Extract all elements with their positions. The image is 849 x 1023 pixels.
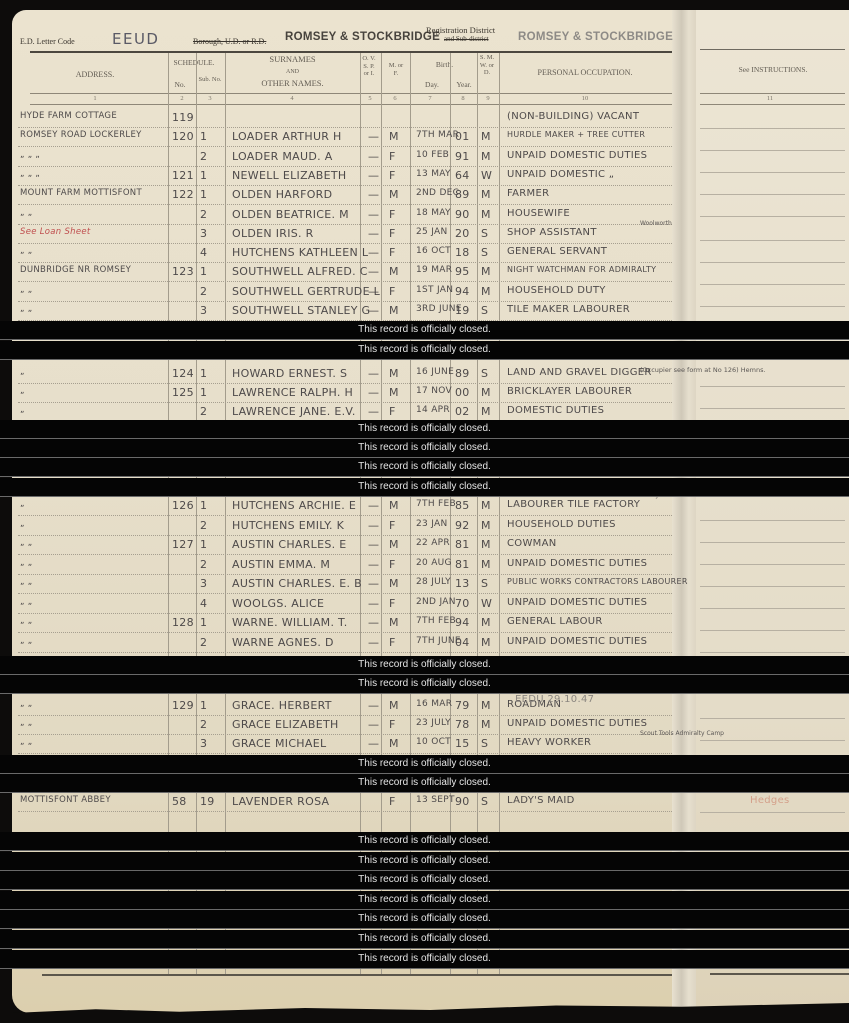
cell-sex: M	[389, 499, 399, 512]
cell-ovspi: —	[368, 405, 379, 418]
header-rule	[30, 51, 672, 53]
right-page-rule	[700, 812, 845, 813]
cell-occupation: Farmer	[507, 188, 549, 199]
cell-ovspi: —	[368, 227, 379, 240]
closed-record-band: This record is officially closed.	[0, 675, 849, 694]
cell-sub: 2	[200, 718, 207, 731]
cell-year: 90	[455, 208, 470, 221]
column-number: 9	[480, 95, 496, 102]
col-surnames-and: AND	[230, 68, 355, 77]
cell-occupation: Tile Maker Labourer	[507, 304, 630, 315]
cell-sex: F	[389, 169, 396, 182]
cell-day: 22 Apr	[416, 538, 450, 548]
table-row: Dunbridge Nr Romsey1231Southwell Alfred.…	[0, 263, 672, 283]
cell-ovspi: —	[368, 519, 379, 532]
cell-ovspi: —	[368, 538, 379, 551]
cell-schedule: 128	[172, 616, 194, 629]
cell-year: 95	[455, 265, 470, 278]
cell-schedule: 121	[172, 169, 194, 182]
closed-record-band: This record is officially closed.	[0, 891, 849, 910]
column-number: 8	[455, 95, 471, 102]
cell-ovspi: —	[368, 558, 379, 571]
cell-address: Mount Farm Mottisfont	[20, 188, 142, 198]
cell-address: „ „	[20, 616, 32, 626]
cell-sub: 2	[200, 558, 207, 571]
table-row: See Loan Sheet3Olden Iris. R—F25 Jan20SS…	[0, 225, 672, 245]
cell-sub: 4	[200, 246, 207, 259]
col-ovspi: O. V. S. P. or I.	[362, 55, 376, 78]
cell-sub: 2	[200, 519, 207, 532]
cell-address: „ „	[20, 246, 32, 256]
right-page-rule	[700, 652, 845, 653]
cell-sex: F	[389, 405, 396, 418]
cell-sex: M	[389, 386, 399, 399]
right-page-rule	[700, 386, 845, 387]
right-page-rule	[700, 718, 845, 719]
cell-ovspi: —	[368, 246, 379, 259]
table-row: „1241Howard Ernest. S—M16 June89SLand an…	[0, 365, 672, 385]
cell-sex: F	[389, 208, 396, 221]
cell-day: 23 July	[416, 718, 451, 728]
cell-occupation: General Servant	[507, 246, 607, 257]
column-number: 11	[762, 95, 778, 102]
cell-name: Southwell Stanley G	[232, 304, 370, 317]
cell-day: 23 Jan	[416, 519, 448, 529]
subdistrict-label: and Sub-district	[444, 35, 489, 43]
cell-occupation: Domestic Duties	[507, 405, 604, 416]
cell-address: „ „	[20, 304, 32, 314]
cell-occupation: Public Works Contractors Labourer	[507, 577, 688, 586]
closed-record-band: This record is officially closed.	[0, 321, 849, 340]
registration-district-stamp: ROMSEY & STOCKBRIDGE	[518, 31, 673, 43]
cell-status: M	[481, 636, 491, 649]
right-page-rule	[700, 194, 845, 195]
cell-address: Hyde Farm Cottage	[20, 111, 117, 121]
table-end-rule	[42, 974, 672, 976]
cell-year: 00	[455, 386, 470, 399]
cell-address: „	[20, 519, 25, 529]
cell-name: Southwell Alfred. C	[232, 265, 368, 278]
cell-address: „	[20, 386, 25, 396]
cell-address: „ „	[20, 737, 32, 747]
cell-year: 90	[455, 795, 470, 808]
cell-note: Scout Tools Admiralty Camp	[640, 730, 724, 737]
cell-ovspi: —	[368, 636, 379, 649]
cell-schedule: 125	[172, 386, 194, 399]
cell-name: Lavender Rosa	[232, 795, 329, 808]
cell-address: „ „	[20, 699, 32, 709]
header-bottom-rule	[30, 93, 672, 94]
cell-year: 70	[455, 597, 470, 610]
cell-sub: 1	[200, 130, 207, 143]
table-row: „ „2Olden Beatrice. M—F18 May90MHousewif…	[0, 206, 672, 226]
cell-year: 92	[455, 519, 470, 532]
cell-name: Howard Ernest. S	[232, 367, 347, 380]
cell-address: „ „ „	[20, 169, 40, 179]
column-number: 6	[387, 95, 403, 102]
cell-address: „ „	[20, 636, 32, 646]
cell-occupation: Unpaid Domestic Duties	[507, 718, 647, 729]
cell-year: 01	[455, 130, 470, 143]
cell-year: 79	[455, 699, 470, 712]
right-page-rule	[700, 172, 845, 173]
cell-schedule: 58	[172, 795, 187, 808]
cell-sub: 2	[200, 636, 207, 649]
cell-day: 7th Feb	[416, 499, 456, 509]
closed-record-band: This record is officially closed.	[0, 930, 849, 949]
cell-occupation: Labourer Tile Factory	[507, 499, 640, 510]
cell-year: 81	[455, 538, 470, 551]
cell-year: 78	[455, 718, 470, 731]
cell-occupation: Land and Gravel Digger	[507, 367, 652, 378]
cell-sex: M	[389, 188, 399, 201]
cell-occupation: Night Watchman for Admiralty	[507, 265, 656, 274]
cell-name: Lawrence Jane. E.V.	[232, 405, 356, 418]
cell-day: 16 June	[416, 367, 454, 377]
right-header-rule	[700, 49, 845, 50]
table-row: Hyde Farm Cottage119(Non-building) Vacan…	[0, 109, 672, 129]
table-row: „ „3Austin Charles. E. B—M28 July13SPubl…	[0, 575, 672, 595]
cell-status: M	[481, 208, 491, 221]
closed-record-band: This record is officially closed.	[0, 439, 849, 458]
cell-sex: M	[389, 577, 399, 590]
cell-name: Warne Agnes. D	[232, 636, 334, 649]
col-schedule-no: No.	[166, 80, 194, 89]
table-row: „ „2Warne Agnes. D—F7th June04MUnpaid Do…	[0, 634, 672, 654]
cell-year: 81	[455, 558, 470, 571]
right-page-rule	[700, 520, 845, 521]
table-row: „ „3Grace Michael—M10 Oct15SHeavy Worker…	[0, 735, 672, 755]
cell-status: S	[481, 737, 488, 750]
cell-day: 28 July	[416, 577, 451, 587]
cell-sub: 1	[200, 699, 207, 712]
cell-ovspi: —	[368, 699, 379, 712]
column-number: 2	[174, 95, 190, 102]
table-row: Mottisfont Abbey5819Lavender RosaF13 Sep…	[0, 793, 672, 813]
cell-schedule: 126	[172, 499, 194, 512]
cell-ovspi: —	[368, 169, 379, 182]
cell-occupation: Household Duties	[507, 519, 616, 530]
col-birth: Birth.	[412, 60, 477, 69]
right-page-rule	[700, 564, 845, 565]
cell-ovspi: —	[368, 150, 379, 163]
right-page-rule	[700, 128, 845, 129]
cell-name: Hutchens Emily. K	[232, 519, 344, 532]
cell-day: 2nd Dec	[416, 188, 459, 198]
right-page-rule	[700, 306, 845, 307]
closed-record-band: This record is officially closed.	[0, 478, 849, 497]
cell-name: Grace Michael	[232, 737, 326, 750]
row-rule	[18, 811, 672, 812]
ed-letter-code-value: EEUD	[112, 30, 159, 48]
cell-occupation: Unpaid Domestic Duties	[507, 150, 647, 161]
cell-ovspi: —	[368, 265, 379, 278]
cell-sex: F	[389, 519, 396, 532]
cell-status: S	[481, 367, 488, 380]
cell-day: 7th Mar	[416, 130, 459, 140]
cell-day: 7th Feb	[416, 616, 456, 626]
cell-ovspi: —	[368, 130, 379, 143]
cell-sub: 1	[200, 169, 207, 182]
cell-sex: M	[389, 304, 399, 317]
cell-sub: 19	[200, 795, 215, 808]
cell-year: 91	[455, 150, 470, 163]
cell-occupation: Bricklayer Labourer	[507, 386, 632, 397]
cell-ovspi: —	[368, 577, 379, 590]
table-row: „ „3Southwell Stanley G—M3rd June19STile…	[0, 302, 672, 322]
cell-name: Southwell Gertrude L	[232, 285, 380, 298]
right-page-rule	[700, 608, 845, 609]
cell-status: M	[481, 519, 491, 532]
closed-record-band: This record is officially closed.	[0, 755, 849, 774]
cell-status: M	[481, 699, 491, 712]
col-schedule-sub: Sub. No.	[198, 76, 222, 83]
cell-name: Warne. William. T.	[232, 616, 348, 629]
cell-sub: 1	[200, 188, 207, 201]
cell-occupation: Housewife	[507, 208, 570, 219]
col-marital: S. M. W. or D.	[478, 54, 496, 77]
cell-sex: F	[389, 636, 396, 649]
row-rule	[18, 652, 672, 653]
cell-name: Newell Elizabeth	[232, 169, 346, 182]
cell-address: Dunbridge Nr Romsey	[20, 265, 131, 275]
cell-ovspi: —	[368, 208, 379, 221]
cell-address: „ „	[20, 285, 32, 295]
cell-sex: F	[389, 227, 396, 240]
cell-note: (Occupier see form at No 126) Hemns.	[640, 366, 766, 374]
col-instructions: See INSTRUCTIONS.	[708, 65, 838, 74]
cell-sub: 1	[200, 367, 207, 380]
cell-address: Mottisfont Abbey	[20, 795, 111, 805]
cell-sub: 2	[200, 405, 207, 418]
cell-sex: F	[389, 597, 396, 610]
cell-schedule: 127	[172, 538, 194, 551]
cell-day: 14 Apr	[416, 405, 450, 415]
row-rule	[18, 753, 672, 754]
cell-name: Woolgs. Alice	[232, 597, 324, 610]
cell-status: M	[481, 558, 491, 571]
col-other-names: OTHER NAMES.	[230, 79, 355, 88]
cell-sex: M	[389, 699, 399, 712]
col-schedule: SCHEDULE.	[166, 58, 222, 67]
right-page-rule	[700, 150, 845, 151]
right-colnum-rule	[700, 104, 845, 105]
cell-status: W	[481, 169, 492, 182]
col-occupation: PERSONAL OCCUPATION.	[505, 68, 665, 77]
closed-record-band: This record is officially closed.	[0, 832, 849, 851]
cell-occupation: Household Duty	[507, 285, 606, 296]
table-row: „ „ „1211Newell Elizabeth—F13 May64WUnpa…	[0, 167, 672, 187]
table-row: „2Hutchens Emily. K—F23 Jan92MHousehold …	[0, 517, 672, 537]
cell-note: Woolworth	[640, 220, 672, 227]
cell-occupation: Unpaid Domestic Duties	[507, 597, 647, 608]
cell-status: M	[481, 616, 491, 629]
closed-record-band: This record is officially closed.	[0, 656, 849, 675]
cell-occupation: Hurdle Maker + Tree Cutter	[507, 130, 645, 139]
cell-year: 02	[455, 405, 470, 418]
cell-occupation: Heavy Worker	[507, 737, 591, 748]
cell-year: 85	[455, 499, 470, 512]
cell-sub: 4	[200, 597, 207, 610]
cell-ovspi: —	[368, 597, 379, 610]
column-number: 10	[577, 95, 593, 102]
cell-sub: 3	[200, 304, 207, 317]
cell-day: 13 May	[416, 169, 451, 179]
cell-schedule: 129	[172, 699, 194, 712]
registration-district-label: Registration District	[426, 25, 495, 35]
cell-name: Lawrence Ralph. H	[232, 386, 353, 399]
table-row: „1261Hutchens Archie. E—M7th Feb85MLabou…	[0, 497, 672, 517]
cell-address: „	[20, 367, 25, 377]
cell-address: „	[20, 405, 25, 415]
cell-status: M	[481, 386, 491, 399]
cell-sex: M	[389, 616, 399, 629]
closed-record-band: This record is officially closed.	[0, 774, 849, 793]
column-number: 4	[284, 95, 300, 102]
cell-name: Austin Charles. E. B	[232, 577, 362, 590]
cell-year: 18	[455, 246, 470, 259]
cell-address: „ „ „	[20, 150, 40, 160]
table-row: „ „4Woolgs. Alice—F2nd Jan70WUnpaid Dome…	[0, 595, 672, 615]
colnum-rule	[30, 104, 672, 105]
right-page-rule	[700, 740, 845, 741]
cell-address: „ „	[20, 208, 32, 218]
cell-sub: 2	[200, 285, 207, 298]
cell-name: Austin Emma. M	[232, 558, 330, 571]
cell-name: Grace. Herbert	[232, 699, 332, 712]
cell-sex: F	[389, 795, 396, 808]
table-row: Mount Farm Mottisfont1221Olden Harford—M…	[0, 186, 672, 206]
cell-occupation: Cowman	[507, 538, 557, 549]
closed-record-band: This record is officially closed.	[0, 871, 849, 890]
cell-name: Hutchens Kathleen L	[232, 246, 368, 259]
cell-year: 94	[455, 616, 470, 629]
cell-status: M	[481, 150, 491, 163]
cell-ovspi: —	[368, 616, 379, 629]
cell-sex: F	[389, 718, 396, 731]
cell-day: 19 Mar	[416, 265, 452, 275]
cell-ovspi: —	[368, 188, 379, 201]
cell-status: M	[481, 499, 491, 512]
cell-year: 64	[455, 169, 470, 182]
right-page-rule	[700, 586, 845, 587]
cell-status: M	[481, 130, 491, 143]
cell-sex: F	[389, 558, 396, 571]
stamp-annotation: EEDU 29.10.47	[515, 694, 594, 705]
cell-schedule: 120	[172, 130, 194, 143]
closed-record-band: This record is officially closed.	[0, 458, 849, 477]
cell-ovspi: —	[368, 304, 379, 317]
right-page-rule	[700, 216, 845, 217]
cell-status: M	[481, 405, 491, 418]
col-birth-day: Day.	[412, 80, 452, 89]
cell-status: S	[481, 227, 488, 240]
cell-status: M	[481, 285, 491, 298]
cell-sex: M	[389, 538, 399, 551]
closed-record-band: This record is officially closed.	[0, 341, 849, 360]
cell-sex: M	[389, 737, 399, 750]
cell-address: „	[20, 499, 25, 509]
right-page-rule	[700, 630, 845, 631]
cell-sub: 1	[200, 265, 207, 278]
col-birth-year: Year.	[452, 80, 476, 89]
cell-day: 10 Oct	[416, 737, 451, 747]
closed-record-band: This record is officially closed.	[0, 910, 849, 929]
cell-sub: 1	[200, 499, 207, 512]
table-row: „ „2Austin Emma. M—F20 Aug81MUnpaid Dome…	[0, 556, 672, 576]
cell-sub: 1	[200, 386, 207, 399]
cell-day: 16 Oct	[416, 246, 451, 256]
cell-sub: 1	[200, 538, 207, 551]
cell-schedule: 119	[172, 111, 194, 124]
cell-day: 17 Nov	[416, 386, 452, 396]
cell-ovspi: —	[368, 285, 379, 298]
cell-day: 10 Feb	[416, 150, 449, 160]
cell-address: „ „	[20, 577, 32, 587]
cell-status: M	[481, 188, 491, 201]
closed-record-band: This record is officially closed.	[0, 420, 849, 439]
cell-year: 15	[455, 737, 470, 750]
cell-occupation: Unpaid Domestic „	[507, 169, 614, 180]
cell-day: 18 May	[416, 208, 451, 218]
cell-name: Olden Iris. R	[232, 227, 314, 240]
table-row: „ „4Hutchens Kathleen L—F16 Oct18SGenera…	[0, 244, 672, 264]
cell-status: S	[481, 795, 488, 808]
cell-sex: M	[389, 130, 399, 143]
table-row: „ „ „2Loader Maud. A—F10 Feb91MUnpaid Do…	[0, 148, 672, 168]
table-row: „ „2Grace Elizabeth—F23 July78MUnpaid Do…	[0, 716, 672, 736]
column-number: 5	[362, 95, 378, 102]
cell-sex: F	[389, 150, 396, 163]
column-number: 3	[202, 95, 218, 102]
cell-sub: 2	[200, 208, 207, 221]
cell-address: „ „	[20, 538, 32, 548]
cell-sub: 2	[200, 150, 207, 163]
cell-name: Grace Elizabeth	[232, 718, 339, 731]
cell-schedule: 123	[172, 265, 194, 278]
cell-ovspi: —	[368, 499, 379, 512]
table-row: „ „1281Warne. William. T.—M7th Feb94MGen…	[0, 614, 672, 634]
cell-status: M	[481, 538, 491, 551]
table-row: „ „2Southwell Gertrude L—F1st Jan94MHous…	[0, 283, 672, 303]
cell-name: Olden Beatrice. M	[232, 208, 349, 221]
cell-year: 94	[455, 285, 470, 298]
cell-status: S	[481, 246, 488, 259]
cell-day: 25 Jan	[416, 227, 448, 237]
cell-day: 1st Jan	[416, 285, 453, 295]
cell-year: 20	[455, 227, 470, 240]
borough-label: Borough, U.D. or R.D.	[193, 37, 266, 46]
cell-name: Loader Maud. A	[232, 150, 333, 163]
cell-address: Romsey Road Lockerley	[20, 130, 142, 140]
cell-name: Austin Charles. E	[232, 538, 346, 551]
cell-occupation: Lady's Maid	[507, 795, 575, 806]
closed-record-band: This record is officially closed.	[0, 950, 849, 969]
cell-status: M	[481, 718, 491, 731]
cell-year: 19	[455, 304, 470, 317]
col-sex: M. or F.	[386, 62, 406, 77]
cell-status: S	[481, 577, 488, 590]
right-page-rule	[700, 262, 845, 263]
borough-stamp: ROMSEY & STOCKBRIDGE	[285, 31, 440, 43]
cell-sub: 1	[200, 616, 207, 629]
cell-status: S	[481, 304, 488, 317]
cell-schedule: 122	[172, 188, 194, 201]
cell-ovspi: —	[368, 367, 379, 380]
cell-occupation: (Non-building) Vacant	[507, 111, 639, 122]
right-page-rule	[700, 542, 845, 543]
cell-sex: M	[389, 265, 399, 278]
